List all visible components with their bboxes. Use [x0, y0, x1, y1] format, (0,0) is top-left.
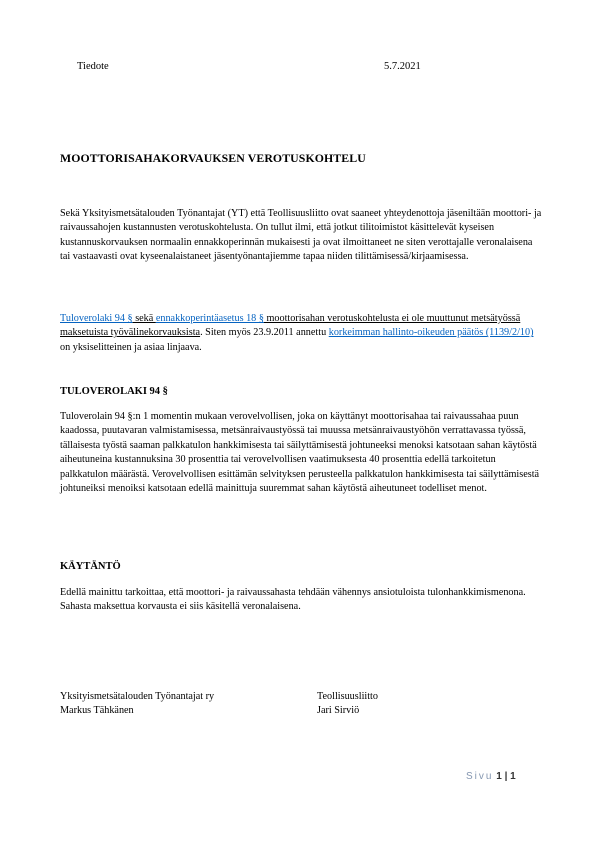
intro-paragraph: Sekä Yksityismetsätalouden Työnantajat (… [60, 207, 545, 265]
page-label: Sivu [466, 771, 493, 782]
page-number-footer: Sivu 1 | 1 [466, 771, 516, 782]
ennakkoperintaasetus-link[interactable]: ennakkoperintäasetus 18 § [156, 313, 264, 324]
legal-text-1: sekä [133, 313, 156, 324]
legal-paragraph: Tuloverolaki 94 § sekä ennakkoperintäase… [60, 312, 545, 355]
legal-text-4: on yksiselitteinen ja asiaa linjaava. [60, 342, 202, 353]
section-heading-tuloverolaki: TULOVEROLAKI 94 § [60, 386, 168, 397]
document-title: MOOTTORISAHAKORVAUKSEN VEROTUSKOHTELU [60, 151, 366, 166]
section-heading-kaytanto: KÄYTÄNTÖ [60, 561, 121, 572]
signature-left-organization: Yksityismetsätalouden Työnantajat ry [60, 690, 214, 704]
total-pages: 1 [510, 771, 516, 782]
signature-right-person: Jari Sirviö [317, 704, 378, 718]
signature-left: Yksityismetsätalouden Työnantajat ry Mar… [60, 690, 214, 719]
document-type-label: Tiedote [77, 61, 109, 72]
tuloverolaki-paragraph: Tuloverolain 94 §:n 1 momentin mukaan ve… [60, 410, 545, 496]
signature-left-person: Markus Tähkänen [60, 704, 214, 718]
kho-decision-link[interactable]: korkeimman hallinto-oikeuden päätös (113… [329, 327, 534, 338]
signature-right-organization: Teollisuusliitto [317, 690, 378, 704]
kaytanto-paragraph: Edellä mainittu tarkoittaa, että moottor… [60, 586, 545, 615]
legal-text-3: . Siten myös 23.9.2011 annettu [200, 327, 329, 338]
current-page: 1 [496, 771, 502, 782]
document-date: 5.7.2021 [384, 61, 421, 72]
page-separator: | [505, 771, 508, 782]
signature-right: Teollisuusliitto Jari Sirviö [317, 690, 378, 719]
tuloverolaki-link[interactable]: Tuloverolaki 94 § [60, 313, 133, 324]
